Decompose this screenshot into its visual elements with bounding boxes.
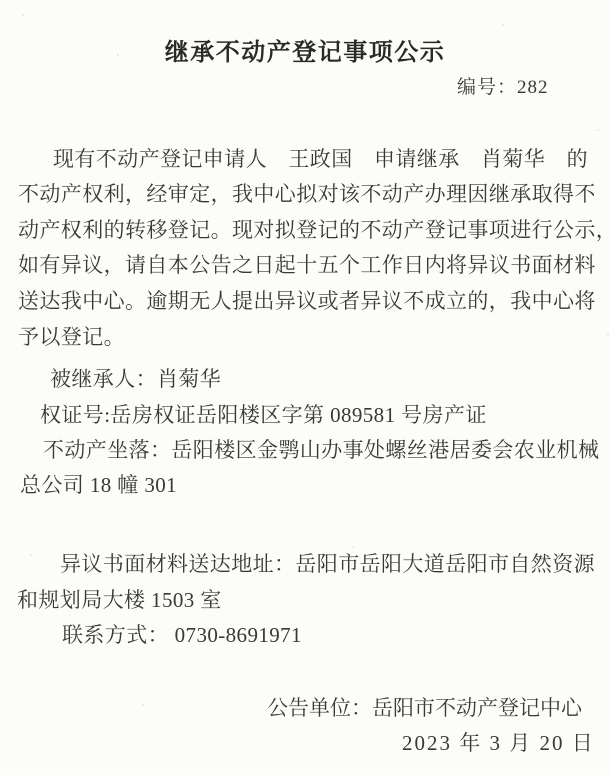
paragraph-line: 送达我中心。逾期无人提出异议或者异议不成立的，我中心将 <box>18 290 596 312</box>
decedent-line: 被继承人：肖菊华 <box>50 368 221 390</box>
date-line: 2023 年 3 月 20 日 <box>402 732 595 754</box>
doc-number: 编号：282 <box>457 72 549 99</box>
paragraph-line: 不动产权利，经审定，我中心拟对该不动产办理因继承取得不 <box>18 183 596 205</box>
paragraph-line: 如有异议，请自本公告之日起十五个工作日内将异议书面材料 <box>18 254 596 276</box>
certificate-number-line: 权证号:岳房权证岳阳楼区字第 089581 号房产证 <box>40 404 487 426</box>
property-location-line-1: 不动产坐落：岳阳楼区金鹗山办事处螺丝港居委会农业机械 <box>43 439 599 461</box>
paragraph-line: 予以登记。 <box>18 326 125 348</box>
property-location-line-2: 总公司 18 幢 301 <box>20 474 177 496</box>
contact-phone-line: 联系方式： 0730-8691971 <box>62 624 302 646</box>
paragraph-line: 现有不动产登记申请人 王政国 申请继承 肖菊华 的 <box>53 148 588 170</box>
paragraph-line: 动产权利的转移登记。现对拟登记的不动产登记事项进行公示， <box>18 219 610 241</box>
objection-address-line-1: 异议书面材料送达地址：岳阳市岳阳大道岳阳市自然资源 <box>60 553 595 575</box>
notice-title: 继承不动产登记事项公示 <box>0 32 610 67</box>
issuer-line: 公告单位：岳阳市不动产登记中心 <box>267 697 582 719</box>
objection-address-line-2: 和规划局大楼 1503 室 <box>17 589 222 611</box>
notice-document: 继承不动产登记事项公示 编号：282 现有不动产登记申请人 王政国 申请继承 肖… <box>0 0 610 775</box>
